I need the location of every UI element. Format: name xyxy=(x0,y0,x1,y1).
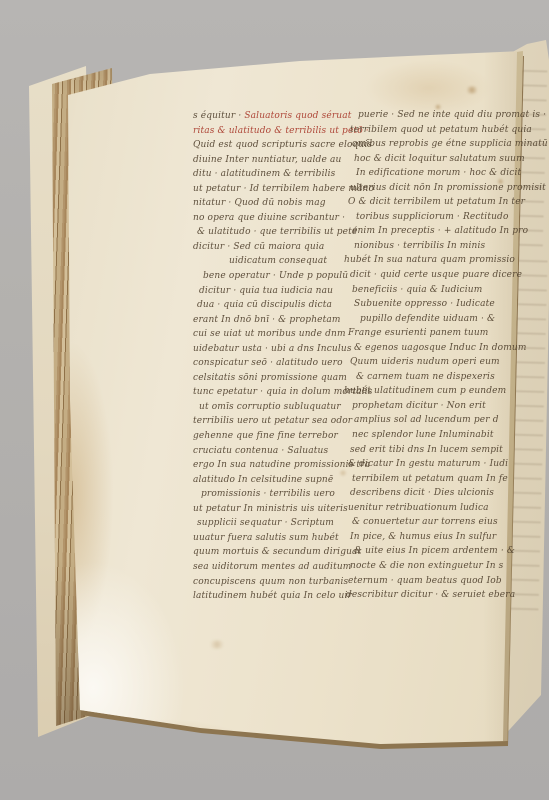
ink-text: prophetam dicitur · Non erit xyxy=(352,401,486,411)
manuscript-text-line: uidebatur usta · ubi a dns Inculus xyxy=(193,342,345,357)
ink-text: O & dicit terribilem ut petatum In ter xyxy=(348,197,525,207)
manuscript-text-line: O & dicit terribilem ut petatum In ter xyxy=(344,195,504,210)
manuscript-text-line: amplius sol ad lucendum per d xyxy=(344,413,504,428)
ink-text: hubét ulatitudinem cum p eundem xyxy=(344,386,506,396)
ink-text: Quum uideris nudum operi eum xyxy=(350,357,500,367)
manuscript-text-line: sed erit tibi dns In lucem sempit xyxy=(344,443,504,458)
ink-text: promissionis · terribilis uero xyxy=(201,489,335,499)
ink-text: Subuenite oppresso · Iudicate xyxy=(354,299,495,309)
ink-text: enim In preceptis · + alatitudo In pro xyxy=(352,226,528,236)
ink-text: pupillo defendite uiduam · & xyxy=(360,314,495,324)
ink-text: ulterius dicit nōn In promissione promis… xyxy=(350,183,546,193)
manuscript-text-line: nitatur · Quod dū nobis mag xyxy=(193,196,345,211)
manuscript-text-line: terribilem quod ut petatum hubét quia xyxy=(344,123,504,138)
manuscript-text-line: gehenne que fine fine terrebor xyxy=(193,429,345,444)
manuscript-text-line: nec splendor lune Inluminabit xyxy=(344,428,504,443)
ink-text: & carnem tuam ne dispexeris xyxy=(356,372,495,382)
ink-text: amplius sol ad lucendum per d xyxy=(354,415,499,425)
ink-text: hubét In sua natura quam promissio xyxy=(344,255,515,265)
manuscript-text-line: dua · quia cū discipulis dicta xyxy=(193,298,345,313)
rubric-text: Saluatoris quod séruat xyxy=(244,111,351,121)
manuscript-text-line: ditu · alatitudinem & terribilis xyxy=(193,167,345,182)
ink-text: omībus reprobis ge étne supplicia minatū xyxy=(352,139,548,149)
text-column-right: puerie · Sed ne inte quid diu promat is … xyxy=(344,108,504,603)
ink-text: celsitatis sōni promissione quam xyxy=(193,373,347,383)
manuscript-text-line: s équitur · Saluatoris quod séruat xyxy=(193,109,345,124)
ink-text: cui se uiat ut moribus unde dnm xyxy=(193,329,346,339)
ink-text: beneficiis · quia & Iudicium xyxy=(352,285,482,295)
ink-text: & egenos uagosque Induc In domum xyxy=(354,343,527,353)
manuscript-text-line: cui se uiat ut moribus unde dnm xyxy=(193,327,345,342)
manuscript-text-line: omībus reprobis ge étne supplicia minatū xyxy=(344,137,504,152)
manuscript-text-line: promissionis · terribilis uero xyxy=(193,487,345,502)
ink-text: uidebatur usta · ubi a dns Inculus xyxy=(193,344,352,354)
manuscript-text-line: Quum uideris nudum operi eum xyxy=(344,355,504,370)
manuscript-text-line: & ulatitudo · que terribilis ut peté xyxy=(193,225,345,240)
manuscript-text-line: ut petatur In ministris uis uiteris xyxy=(193,502,345,517)
ink-text: nec splendor lune Inluminabit xyxy=(352,430,494,440)
ink-text: & uite eius In picem ardentem · & xyxy=(354,546,515,556)
ink-text: In pice, & humus eius In sulfur xyxy=(350,532,496,542)
manuscript-text-line: prophetam dicitur · Non erit xyxy=(344,399,504,414)
ink-text: hoc & dicit loquitur salutatum suum xyxy=(354,154,525,164)
manuscript-text-line: celsitatis sōni promissione quam xyxy=(193,371,345,386)
manuscript-text-line: diuine Inter nuntiatur, ualde au xyxy=(193,153,345,168)
ink-text: ditu · alatitudinem & terribilis xyxy=(193,169,335,179)
ink-text: ut omīs corruptio subluquatur xyxy=(199,402,341,412)
ink-text: describens dicit · Dies ulcionis xyxy=(350,488,494,498)
manuscript-text-line: terribilis uero ut petatur sea odor xyxy=(193,414,345,429)
manuscript-text-line: eternum · quam beatus quod Iob xyxy=(344,574,504,589)
ink-text: dicitur · Sed cū maiora quia xyxy=(193,242,324,252)
ink-text: quum mortuis & secundum diriguat xyxy=(193,547,361,557)
ink-text: latitudinem hubét quia In celo uir xyxy=(193,591,352,601)
manuscript-text-line: uidicatum consequat xyxy=(193,254,345,269)
manuscript-text-line: uuatur fuera salutis sum hubét xyxy=(193,531,345,546)
manuscript-text-line: hoc & dicit loquitur salutatum suum xyxy=(344,152,504,167)
manuscript-text-line: & carnem tuam ne dispexeris xyxy=(344,370,504,385)
ink-text: terribilis uero ut petatur sea odor xyxy=(193,416,352,426)
ink-text: & conuertetur aur torrens eius xyxy=(352,517,498,527)
manuscript-text-line: erant In dnō bnī · & prophetam xyxy=(193,313,345,328)
manuscript-text-line: describitur dicitur · & seruiet ebera xyxy=(344,588,504,603)
ink-text: toribus suppliciorum · Rectitudo xyxy=(356,212,509,222)
manuscript-text-line: puerie · Sed ne inte quid diu promat is … xyxy=(344,108,504,123)
manuscript-text-line: enim In preceptis · + alatitudo In pro xyxy=(344,224,504,239)
manuscript-text-line: terribilem ut petatum quam In fe xyxy=(344,472,504,487)
manuscript-text-line: & uite eius In picem ardentem · & xyxy=(344,544,504,559)
ink-text: bene operatur · Unde p populū xyxy=(203,271,348,281)
ink-text: no opera que diuine scribantur · xyxy=(193,213,345,223)
ink-text: gehenne que fine fine terrebor xyxy=(193,431,338,441)
ink-text: sea uiditorum mentes ad auditum xyxy=(193,562,351,572)
manuscript-text-line: alatitudo In celsitudine supnē xyxy=(193,473,345,488)
manuscript-text-line: dicitur · quia tua iudicia nau xyxy=(193,284,345,299)
ink-text: In edificatione morum · hoc & dicit xyxy=(356,168,521,178)
rubric-text: ritas & ulatitudo & terribilis ut petō · xyxy=(193,126,369,136)
manuscript-text-line: describens dicit · Dies ulcionis xyxy=(344,486,504,501)
manuscript-text-line: sea uiditorum mentes ad auditum xyxy=(193,560,345,575)
manuscript-text-line: bene operatur · Unde p populū xyxy=(193,269,345,284)
ink-text: dicit · quid certe usque puare dicere xyxy=(350,270,522,280)
manuscript-text-line: cruciatu contenua · Saluatus xyxy=(193,444,345,459)
manuscript-text-line: nionibus · terribilis In minis xyxy=(344,239,504,254)
ink-text: cruciatu contenua · Saluatus xyxy=(193,446,328,456)
manuscript-text-line: ulterius dicit nōn In promissione promis… xyxy=(344,181,504,196)
manuscript-text-line: toribus suppliciorum · Rectitudo xyxy=(344,210,504,225)
manuscript-text-line: nocte & die non extinguetur In s xyxy=(344,559,504,574)
parchment-stain xyxy=(465,86,479,94)
text-column-left: s équitur · Saluatoris quod séruatritas … xyxy=(193,109,345,604)
ink-text: terribilem ut petatum quam In fe xyxy=(352,474,508,484)
ink-text: supplicii sequatur · Scriptum xyxy=(197,518,334,528)
manuscript-text-line: hubét ulatitudinem cum p eundem xyxy=(344,384,504,399)
manuscript-text-line: hubét In sua natura quam promissio xyxy=(344,253,504,268)
ink-text: & dicatur In gestu maturum · Iudi xyxy=(348,459,508,469)
manuscript-text-line: In pice, & humus eius In sulfur xyxy=(344,530,504,545)
manuscript-text-line: & egenos uagosque Induc In domum xyxy=(344,341,504,356)
manuscript-text-line: dicit · quid certe usque puare dicere xyxy=(344,268,504,283)
ink-text: dua · quia cū discipulis dicta xyxy=(197,300,332,310)
manuscript-text-line: uenitur retribuationum ludica xyxy=(344,501,504,516)
manuscript-text-line: dicitur · Sed cū maiora quia xyxy=(193,240,345,255)
ink-text: terribilem quod ut petatum hubét quia xyxy=(350,125,532,135)
manuscript-text-line: & dicatur In gestu maturum · Iudi xyxy=(344,457,504,472)
ink-text: puerie · Sed ne inte quid diu promat is … xyxy=(358,110,546,120)
ink-text: ut petatur In ministris uis uiteris xyxy=(193,504,348,514)
ink-text: s équitur · xyxy=(193,111,244,121)
manuscript-text-line: In edificatione morum · hoc & dicit xyxy=(344,166,504,181)
manuscript-text-line: beneficiis · quia & Iudicium xyxy=(344,283,504,298)
manuscript-text-line: quum mortuis & secundum diriguat xyxy=(193,545,345,560)
ink-text: Frange esurienti panem tuum xyxy=(348,328,489,338)
ink-text: & ulatitudo · que terribilis ut peté xyxy=(197,227,357,237)
manuscript-text-line: conspicatur seō · alatitudo uero xyxy=(193,356,345,371)
ink-text: concupiscens quum non turbanis xyxy=(193,577,348,587)
ink-text: uenitur retribuationum ludica xyxy=(348,503,489,513)
ink-text: nocte & die non extinguetur In s xyxy=(350,561,503,571)
manuscript-text-line: Subuenite oppresso · Iudicate xyxy=(344,297,504,312)
manuscript-text-line: Quid est quod scripturis sacre eloquis xyxy=(193,138,345,153)
manuscript-text-line: no opera que diuine scribantur · xyxy=(193,211,345,226)
ink-text: nitatur · Quod dū nobis mag xyxy=(193,198,326,208)
manuscript-text-line: supplicii sequatur · Scriptum xyxy=(193,516,345,531)
manuscript-text-line: ritas & ulatitudo & terribilis ut petō · xyxy=(193,124,345,139)
ink-text: conspicatur seō · alatitudo uero xyxy=(193,358,343,368)
ink-text: uuatur fuera salutis sum hubét xyxy=(193,533,339,543)
manuscript-text-line: latitudinem hubét quia In celo uir xyxy=(193,589,345,604)
ink-text: eternum · quam beatus quod Iob xyxy=(348,576,502,586)
parchment-stain xyxy=(208,640,226,649)
manuscript-text-line: & conuertetur aur torrens eius xyxy=(344,515,504,530)
manuscript-text-line: Frange esurienti panem tuum xyxy=(344,326,504,341)
ink-text: sed erit tibi dns In lucem sempit xyxy=(350,445,503,455)
manuscript-text-line: tunc epetatur · quia in dolum mortalis xyxy=(193,385,345,400)
manuscript-text-line: concupiscens quum non turbanis xyxy=(193,575,345,590)
manuscript-text-line: ut omīs corruptio subluquatur xyxy=(193,400,345,415)
ink-text: alatitudo In celsitudine supnē xyxy=(193,475,333,485)
ink-text: nionibus · terribilis In minis xyxy=(354,241,485,251)
manuscript-text-line: ergo In sua natudine promissionis tra xyxy=(193,458,345,473)
ink-text: erant In dnō bnī · & prophetam xyxy=(193,315,341,325)
ink-text: dicitur · quia tua iudicia nau xyxy=(199,286,333,296)
photo-backdrop: s équitur · Saluatoris quod séruatritas … xyxy=(0,0,549,800)
ink-text: describitur dicitur · & seruiet ebera xyxy=(346,590,515,600)
manuscript-text-line: ut petatur · Id terribilem habere māno xyxy=(193,182,345,197)
ink-text: uidicatum consequat xyxy=(229,256,327,266)
manuscript-text-line: pupillo defendite uiduam · & xyxy=(344,312,504,327)
ink-text: diuine Inter nuntiatur, ualde au xyxy=(193,155,341,165)
